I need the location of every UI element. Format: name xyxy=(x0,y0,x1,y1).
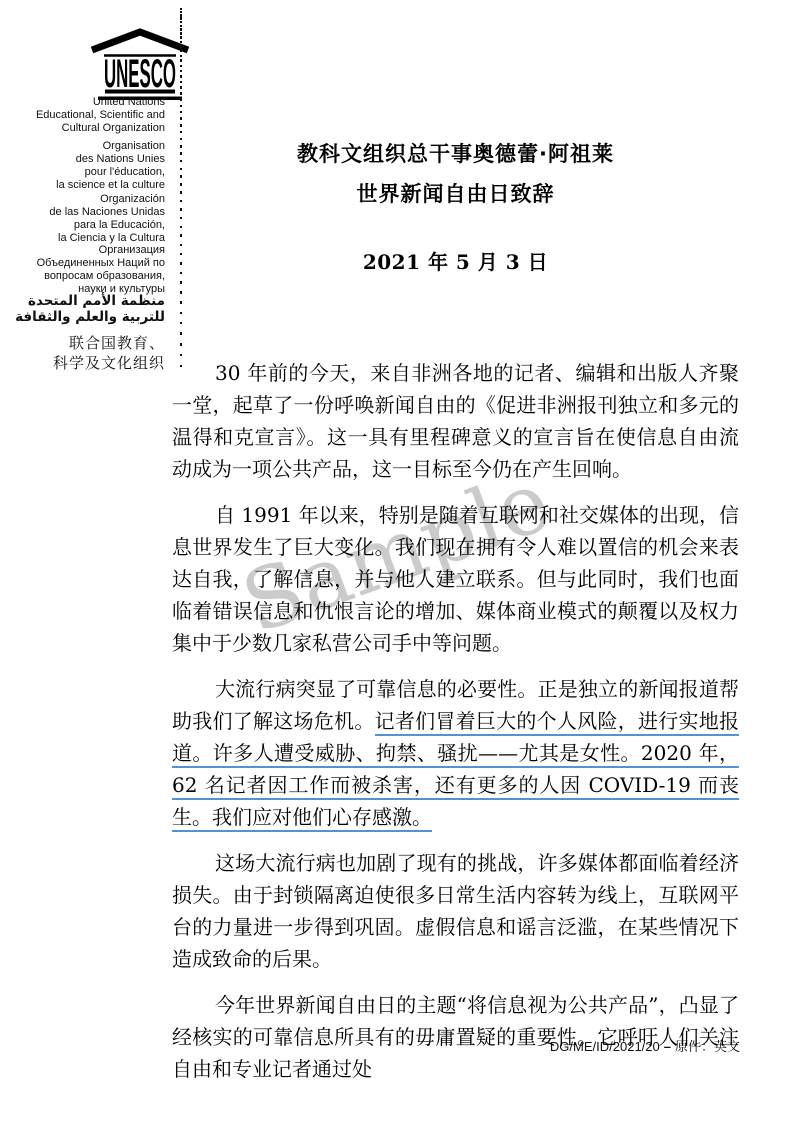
separator-dot xyxy=(180,281,182,283)
separator-dot xyxy=(180,41,182,43)
separator-dot xyxy=(180,117,182,119)
separator-dot xyxy=(180,59,182,61)
separator-dot xyxy=(180,234,182,236)
separator-dot xyxy=(180,131,182,133)
separator-dot xyxy=(180,11,182,13)
paragraph-text: 这场大流行病也加剧了现有的挑战，许多媒体都面临着经济损失。由于封锁隔离迫使很多日… xyxy=(172,851,739,971)
org-name-line: pour l'éducation, xyxy=(56,166,165,179)
separator-dot xyxy=(180,70,182,72)
separator-dot xyxy=(180,291,182,293)
separator-dot xyxy=(180,343,182,345)
separator-dot xyxy=(180,301,182,303)
separator-dot xyxy=(180,28,182,30)
paragraph-text: 自 1991 年以来，特别是随着互联网和社交媒体的出现，信息世界发生了巨大变化。… xyxy=(172,503,739,655)
org-name-line: para la Educación, xyxy=(49,219,165,232)
separator-dot xyxy=(180,226,182,228)
org-name-line: la science et la culture xyxy=(56,179,165,192)
org-name-line: Organisation xyxy=(56,140,165,153)
paragraph: 这场大流行病也加剧了现有的挑战，许多媒体都面临着经济损失。由于封锁隔离迫使很多日… xyxy=(172,847,739,975)
separator-dot xyxy=(180,55,182,57)
separator-dot xyxy=(180,105,182,107)
separator-dot xyxy=(180,92,182,94)
body-paragraphs: 30 年前的今天，来自非洲各地的记者、编辑和出版人齐聚一堂，起草了一份呼唤新闻自… xyxy=(172,357,739,1099)
org-name-line: des Nations Unies xyxy=(56,153,165,166)
document-title-line-1: 教科文组织总干事奥德蕾·阿祖莱 xyxy=(172,138,739,168)
separator-dot xyxy=(180,86,182,88)
separator-dot xyxy=(180,312,182,314)
org-name-spanish: Organizaciónde las Naciones Unidaspara l… xyxy=(49,193,165,245)
document-page: UNESCO United NationsEducational, Scient… xyxy=(0,0,794,1122)
paragraph-text: 30 年前的今天，来自非洲各地的记者、编辑和出版人齐聚一堂，起草了一份呼唤新闻自… xyxy=(172,361,739,481)
org-name-line: Объединенных Наций по xyxy=(37,257,165,270)
org-name-french: Organisationdes Nations Uniespour l'éduc… xyxy=(56,140,165,192)
separator-dot xyxy=(180,50,182,52)
separator-dot xyxy=(180,124,182,126)
document-date: 2021 年 5 月 3 日 xyxy=(172,246,739,275)
org-name-line: вопросам образования, xyxy=(37,270,165,283)
separator-dot xyxy=(180,322,182,324)
paragraph: 自 1991 年以来，特别是随着互联网和社交媒体的出现，信息世界发生了巨大变化。… xyxy=(172,499,739,659)
separator-dot xyxy=(180,32,182,34)
paragraph: 今年世界新闻自由日的主题“将信息视为公共产品”，凸显了经核实的可靠信息所具有的毋… xyxy=(172,989,739,1085)
separator-dot xyxy=(180,98,182,100)
org-name-chinese: 联合国教育、科学及文化组织 xyxy=(53,333,165,373)
org-name-line: Cultural Organization xyxy=(36,122,165,135)
separator-dot xyxy=(180,75,182,77)
org-name-line: منظمة الأمم المتحدة xyxy=(15,293,165,309)
org-name-line: Организация xyxy=(37,244,165,257)
paragraph: 大流行病突显了可靠信息的必要性。正是独立的新闻报道帮助我们了解这场危机。记者们冒… xyxy=(172,673,739,833)
org-name-russian: ОрганизацияОбъединенных Наций повопросам… xyxy=(37,244,165,296)
separator-dot xyxy=(180,65,182,67)
paragraph: 30 年前的今天，来自非洲各地的记者、编辑和出版人齐聚一堂，起草了一份呼唤新闻自… xyxy=(172,357,739,485)
separator-dot xyxy=(180,81,182,83)
separator-dot xyxy=(180,21,182,23)
org-name-line: للتربية والعلم والثقافة xyxy=(15,309,165,325)
org-name-english: United NationsEducational, Scientific an… xyxy=(36,96,165,135)
org-name-arabic: منظمة الأمم المتحدةللتربية والعلم والثقا… xyxy=(15,293,165,325)
org-name-line: de las Naciones Unidas xyxy=(49,206,165,219)
separator-dot xyxy=(180,17,182,19)
separator-dot xyxy=(180,25,182,27)
document-title-line-2: 世界新闻自由日致辞 xyxy=(172,178,739,208)
separator-dot xyxy=(180,332,182,334)
org-name-line: Organización xyxy=(49,193,165,206)
org-name-line: 科学及文化组织 xyxy=(53,353,165,373)
paragraph-text: 今年世界新闻自由日的主题“将信息视为公共产品”，凸显了经核实的可靠信息所具有的毋… xyxy=(172,993,739,1081)
separator-dot xyxy=(180,14,182,16)
org-name-line: 联合国教育、 xyxy=(53,333,165,353)
svg-text:UNESCO: UNESCO xyxy=(104,52,176,96)
org-name-line: Educational, Scientific and xyxy=(36,109,165,122)
separator-dot xyxy=(180,36,182,38)
org-name-line: United Nations xyxy=(36,96,165,109)
separator-dot xyxy=(180,217,182,219)
separator-dot xyxy=(180,111,182,113)
separator-dot xyxy=(180,208,182,210)
separator-dot xyxy=(180,45,182,47)
